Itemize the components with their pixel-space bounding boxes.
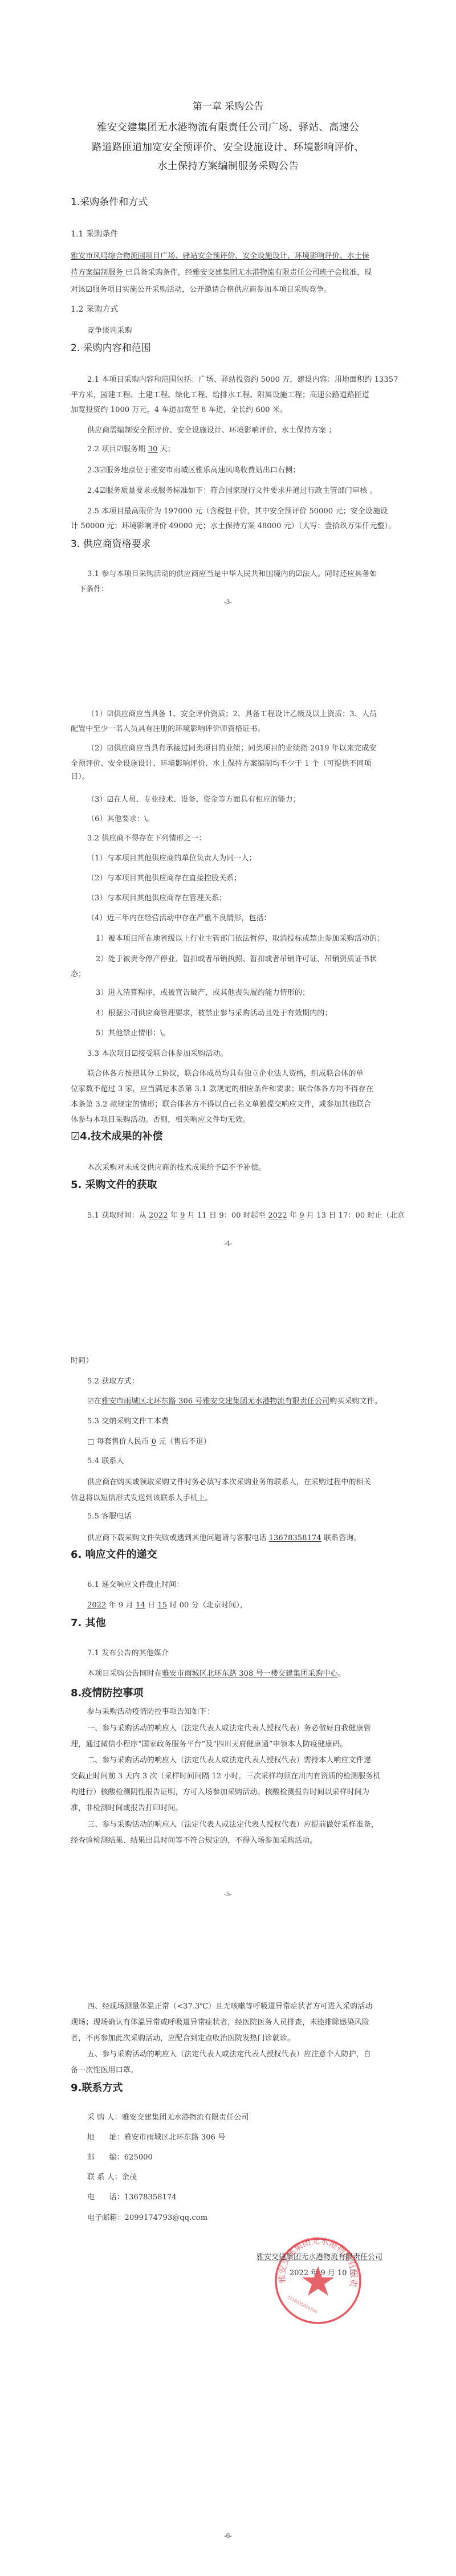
official-seal-icon: 雅安交建集团无水港物流有限责任公司 5118235024744: [274, 2236, 363, 2325]
epidemic-item-2-line-3: 构进行）核酸检测阴性报告证明，方可入场参加采购活动。核酸检测报告时间以采样时间为: [71, 1786, 369, 1797]
page-number: -3-: [0, 598, 456, 606]
contact-label: 电 话：: [87, 2193, 124, 2202]
section-2-4: 2.4☑服务质量要求或服务标准如下：符合国家现行文件要求并通过行政主管部门审核 …: [87, 484, 377, 495]
section-2-2: 2.2 项目☑服务期 30 天；: [87, 443, 175, 454]
section-5-2-body: ☑在雅安市雨城区北环东路 306 号雅安交建集团无水港物流有限责任公司购买采购文…: [87, 1395, 382, 1406]
document-title-line-2: 路道路匝道加宽安全预评价、安全设施设计、环境影响评价、: [0, 140, 456, 154]
text: 5.1 获取时间：从: [87, 1211, 149, 1220]
exclusion-2: （2）与本项目其他供应商存在直接控股关系；: [87, 872, 241, 883]
requirement-1-line-2: 配置中至少一名人员具有注册的环境影响评价师资格证书。: [71, 722, 265, 733]
contact-value: 雅安市雨城区北环东路 306 号: [124, 2133, 226, 2142]
epidemic-item-5-line-1: 五、参与采购活动的响应人（法定代表人或法定代表人授权代表）应注意个人防护，自: [87, 2048, 371, 2059]
exclusion-4-sub-3: 3）进入清算程序，或被宣告破产，或其他丧失履约能力情形的；: [96, 986, 310, 997]
consortium-line-3: 本条第 3.2 款规定的情形；联合体各方不得以自己名义单独提交响应文件，或参加其…: [71, 1098, 371, 1109]
text: 购买采购文件。: [329, 1397, 382, 1406]
contact-address: 地 址：雅安市雨城区北环东路 306 号: [87, 2131, 225, 2142]
section-1-1-line-3: 对该☑服务项目实施公开采购活动，公开邀请合格供应商参加本项目采购竞争。: [71, 283, 331, 294]
epidemic-item-1-line-2: 理，通过微信小程序“国家政务服务平台”及“四川天府健康通”申领本人防疫健康码。: [71, 1738, 347, 1749]
epidemic-item-4-line-2: 现场；现场确认有体温异常或呼吸道异常症状者，经医院医务人员排查，未能排除感染风险: [71, 2016, 369, 2027]
exclusion-4-sub-5: 5）其他禁止情形：\。: [96, 1027, 170, 1038]
exclusion-4: （4）近三年内在经营活动中存在严重不良情形，包括：: [87, 912, 271, 922]
section-3-3: 3.3 本次项目☑接受联合体参加采购活动。: [87, 1047, 228, 1058]
epidemic-intro: 参与采购活动疫情防控事项告知如下：: [87, 1705, 214, 1716]
document-price: 0: [152, 1438, 156, 1446]
section-5-3-body: □ 每套售价人民币 0 元（售后不退）: [87, 1435, 211, 1446]
exclusion-4-sub-2-line-2: 态；: [71, 967, 85, 978]
section-2-5-line-2: 计 50000 元；环境影响评价 49000 元；水土保持方案 48000 元）…: [71, 520, 396, 530]
section-9-heading: 9.联系方式: [71, 2080, 123, 2095]
text: 年: [168, 1211, 181, 1220]
section-4-body: 本次采购对未成交供应商的技术成果给予☑不予补偿。: [87, 1161, 266, 1172]
text: 年 9 月: [106, 1601, 136, 1610]
text: 月 13 日 17：00 时止（北京: [304, 1211, 405, 1220]
submission-deadline: 2022 年 9 月 14 日 15 时 00 分（北京时间），: [87, 1599, 247, 1610]
section-1-2-heading: 1.2 采购方式: [71, 303, 119, 315]
section-5-4-line-2: 信息将以短信形式发送到该联系人手机上。: [71, 1492, 213, 1503]
contact-label: 电子邮箱：: [87, 2214, 125, 2222]
contact-purchaser: 采 购 人：雅安交建集团无水港物流有限责任公司: [87, 2111, 249, 2122]
text: 批准，现: [342, 268, 372, 277]
service-phone: 13678358174: [269, 1534, 321, 1542]
contact-value: 雅安交建集团无水港物流有限责任公司: [122, 2113, 249, 2122]
end-year: 2022: [268, 1211, 287, 1220]
exclusion-4-sub-1: 1）被本项目所在地省级以上行业主管部门依法暂停、取消投标或禁止参加采购活动的；: [96, 932, 384, 943]
exclusion-4-sub-2-line-1: 2）处于被责令停产停业、暂扣或者吊销执照、暂扣或者吊销许可证、吊销资质证书状: [96, 953, 377, 964]
consortium-line-2: 位家数不超过 3 家，应当满足本条第 3.1 款规定的相应条件和要求；联合体各方…: [71, 1083, 373, 1093]
project-name-underlined: 雅安市凤鸣综合物流园项目广场、驿站安全预评价、安全设施设计、环境影响评价、水土保: [71, 252, 369, 260]
epidemic-item-1-line-1: 一、参与采购活动的响应人（法定代表人或法定代表人授权代表）务必做好自我健康管: [87, 1722, 371, 1733]
section-7-1-body: 本项目采购公告同时在雅安市雨城区北环东路 308 号一楼交建集团采购中心。: [87, 1667, 345, 1678]
text: 天；: [157, 445, 174, 454]
epidemic-item-2-line-4: 准，非检测时间或报告打印时间。: [71, 1802, 183, 1812]
section-2-heading: 2. 采购内容和范围: [71, 340, 151, 354]
contact-phone: 电 话：13678358174: [87, 2191, 177, 2202]
document-title-line-1: 雅安交建集团无水港物流有限责任公司广场、驿站、高速公: [0, 120, 456, 134]
section-6-1: 6.1 递交响应文件截止时间：: [87, 1578, 184, 1589]
epidemic-item-2-line-1: 二、参与采购活动的响应人（法定代表人或法定代表人授权代表）需持本人响应文件递: [87, 1754, 371, 1765]
section-5-heading: 5. 采购文件的获取: [71, 1177, 157, 1191]
deadline-day: 14: [136, 1601, 145, 1610]
publication-venue: 雅安市雨城区北环东路 308 号一楼交建集团采购中心: [162, 1669, 338, 1678]
exclusion-4-sub-4: 4）根据公司供应商管理要求，被禁止参与采购活动且处于有效期内的；: [96, 1007, 332, 1018]
contact-person: 联 系 人：余茂: [87, 2171, 137, 2182]
text: 供应商下载采购文件失败或遇到其他问题请与客服电话: [87, 1534, 269, 1542]
page-number: -6-: [0, 2532, 456, 2540]
section-1-1-heading: 1.1 采购条件: [71, 228, 119, 239]
section-7-1: 7.1 发布公告的其他媒介: [87, 1647, 169, 1658]
contact-value: 625000: [124, 2153, 153, 2162]
requirement-6: （6）其他要求：\。: [87, 813, 154, 823]
section-7-heading: 7. 其他: [71, 1615, 106, 1630]
section-2-1-line-3: 加宽投资约 1000 万元，4 车道加宽至 8 车道，全长约 600 米。: [71, 403, 287, 414]
contact-label: 邮 编：: [87, 2153, 124, 2162]
contact-email: 电子邮箱：2099174793@qq.com: [87, 2211, 207, 2222]
section-2-1-line-1: 2.1 本项目采购内容和范围包括：广场、驿站投资约 5000 万，建设内容：用地…: [87, 373, 398, 384]
section-2-5-line-1: 2.5 本项目最高限价为 197000 元（含税包干价，其中安全预评价 5000…: [87, 505, 388, 516]
epidemic-item-4-line-1: 四、经现场测量体温正常（<37.3℃）且无咳嗽等呼吸道异常症状者方可进入采购活动: [87, 2000, 372, 2011]
section-3-1-line-2: 下条件：: [79, 583, 108, 594]
section-1-heading: 1.采购条件和方式: [71, 194, 148, 208]
procurement-method: 竞争谈判采购: [87, 324, 132, 335]
text: 日: [145, 1601, 158, 1610]
text: 本项目采购公告同时在: [87, 1669, 162, 1678]
page-number: -4-: [0, 1240, 456, 1247]
end-month: 9: [299, 1211, 304, 1220]
consortium-line-4: 体参与本项目采购活动。否则，相关响应文件均无效。: [71, 1113, 250, 1124]
contact-label: 地 址：: [87, 2133, 124, 2142]
text: 联系咨询。: [321, 1534, 361, 1542]
section-3-1-line-1: 3.1 参与本项目采购活动的供应商应当是中华人民共和国境内的☑法人。同时还应具备…: [87, 568, 377, 578]
checkbox-checked: ☑在: [87, 1397, 101, 1406]
section-2-3: 2.3☑服务地点位于雅安市雨城区雅乐高速凤鸣收费站出口右侧；: [87, 464, 300, 475]
page-number: -5-: [0, 1891, 456, 1898]
text: 月 11 日 9：00 时起至: [185, 1211, 268, 1220]
deadline-year: 2022: [87, 1601, 106, 1610]
section-5-4: 5.4 联系人: [87, 1455, 124, 1465]
requirement-2-line-1: （2）☑供应商应当具有承接过同类项目的业绩；同类项目的业绩指 2019 年以来完…: [87, 742, 376, 753]
text: □ 每套售价人民币: [87, 1438, 152, 1446]
text: 时 00 分（北京时间），: [167, 1601, 247, 1610]
section-1-1-line-1: 雅安市凤鸣综合物流园项目广场、驿站安全预评价、安全设施设计、环境影响评价、水土保: [71, 250, 369, 260]
consortium-line-1: 联合体各方按照其分工协议，联合体成员均具有独立企业法人资格，组成联合体的单: [87, 1067, 364, 1078]
section-5-4-line-1: 供应商在购买或领取采购文件时务必填写本次采购业务的联系人，在采购过程中的相关: [87, 1476, 371, 1487]
contact-value: 2099174793@qq.com: [125, 2214, 208, 2222]
text: 年: [287, 1211, 300, 1220]
requirement-3: （3）☑在人员、专业技术、设备、资金等方面具有相应的能力；: [87, 793, 300, 804]
start-year: 2022: [149, 1211, 168, 1220]
deadline-hour: 15: [157, 1601, 167, 1610]
purchase-address: 雅安市雨城区北环东路 306 号雅安交建集团无水港物流有限责任公司: [101, 1397, 329, 1406]
contact-label: 联 系 人：: [87, 2173, 122, 2182]
section-4-heading: ☑4.技术成果的补偿: [71, 1128, 163, 1143]
epidemic-item-5-line-2: 备一次性医用口罩。: [71, 2064, 138, 2075]
service-days: 30: [148, 445, 158, 454]
exclusion-3: （3）与本项目其他供应商存在管理关系；: [87, 892, 226, 903]
section-5-5-body: 供应商下载采购文件失败或遇到其他问题请与客服电话 13678358174 联系咨…: [87, 1532, 361, 1542]
section-6-heading: 6. 响应文件的递交: [71, 1546, 157, 1561]
approver-underlined: 雅安交建集团无水港物流有限责任公司班子会: [193, 268, 342, 277]
requirement-1-line-1: （1）☑供应商应当具备 1、安全评价资质；2、具备工程设计乙级及以上资质；3、人…: [87, 708, 377, 718]
text: 。: [338, 1669, 345, 1678]
section-2-1-line-2: 平方米，园建工程、土建工程、绿化工程、给排水工程、附属设施工程；高速公路道路匝道: [71, 389, 369, 399]
text: 已具备采购条件，经: [125, 268, 193, 277]
project-name-underlined-cont: 持方案编制服务: [71, 268, 125, 277]
exclusion-1: （1）与本项目其他供应商的单位负责人为同一人；: [87, 852, 256, 863]
contact-label: 采 购 人：: [87, 2113, 122, 2122]
supplier-scope: 供应商需编制安全预评价、安全设施设计、环境影响评价、水土保持方案 ；: [87, 424, 336, 435]
section-5-2: 5.2 获取方式：: [87, 1375, 139, 1386]
contact-postcode: 邮 编：625000: [87, 2151, 153, 2162]
section-5-1: 5.1 获取时间：从 2022 年 9 月 11 日 9：00 时起至 2022…: [87, 1209, 405, 1220]
signature-company: 雅安交建集团无水港物流有限责任公司: [256, 2251, 382, 2261]
section-3-heading: 3. 供应商资格要求: [71, 536, 151, 550]
section-5-1-cont: 时间）: [71, 1354, 93, 1365]
section-5-3: 5.3 交纳采购文件工本费: [87, 1415, 169, 1426]
epidemic-item-3-line-1: 三、参与采购活动的响应人（法定代表人或法定代表人授权代表）应提前做好采样准备，: [87, 1818, 378, 1829]
requirement-2-line-2: 全预评价、安全设施设计、环境影响评价、水土保持方案编制均不少于 1 个（可提供不…: [71, 757, 372, 768]
section-5-5: 5.5 客服电话: [87, 1510, 132, 1521]
epidemic-item-2-line-2: 交截止时间前 3 天内 3 次（采样时间间隔 12 小时，三次采样均须在川内有资…: [71, 1770, 381, 1781]
text: 2.2 项目☑服务期: [87, 445, 148, 454]
svg-text:5118235024744: 5118235024744: [287, 2295, 318, 2315]
requirement-2-line-3: 目）。: [71, 770, 89, 781]
epidemic-item-4-line-3: 者，不再参加此次采购活动，应配合到定点收治医院发热门诊就诊。: [71, 2032, 295, 2043]
contact-value: 13678358174: [124, 2193, 177, 2202]
section-8-heading: 8.疫情防控事项: [71, 1685, 143, 1700]
chapter-title: 第一章 采购公告: [0, 98, 456, 112]
section-3-2: 3.2 供应商不得存在下列情形之一：: [87, 832, 206, 843]
text: 元（售后不退）: [156, 1438, 211, 1446]
document-title-line-3: 水土保持方案编制服务采购公告: [0, 158, 456, 173]
section-1-1-line-2: 持方案编制服务 已具备采购条件，经雅安交建集团无水港物流有限责任公司班子会批准，…: [71, 266, 372, 277]
signature-date: 2022 年 9 月 10 日: [290, 2267, 357, 2277]
epidemic-item-3-line-2: 经查验检测结果、结果出具时间等不符合规定的，不得入场参加采购活动。: [71, 1834, 317, 1845]
contact-value: 余茂: [122, 2173, 137, 2182]
